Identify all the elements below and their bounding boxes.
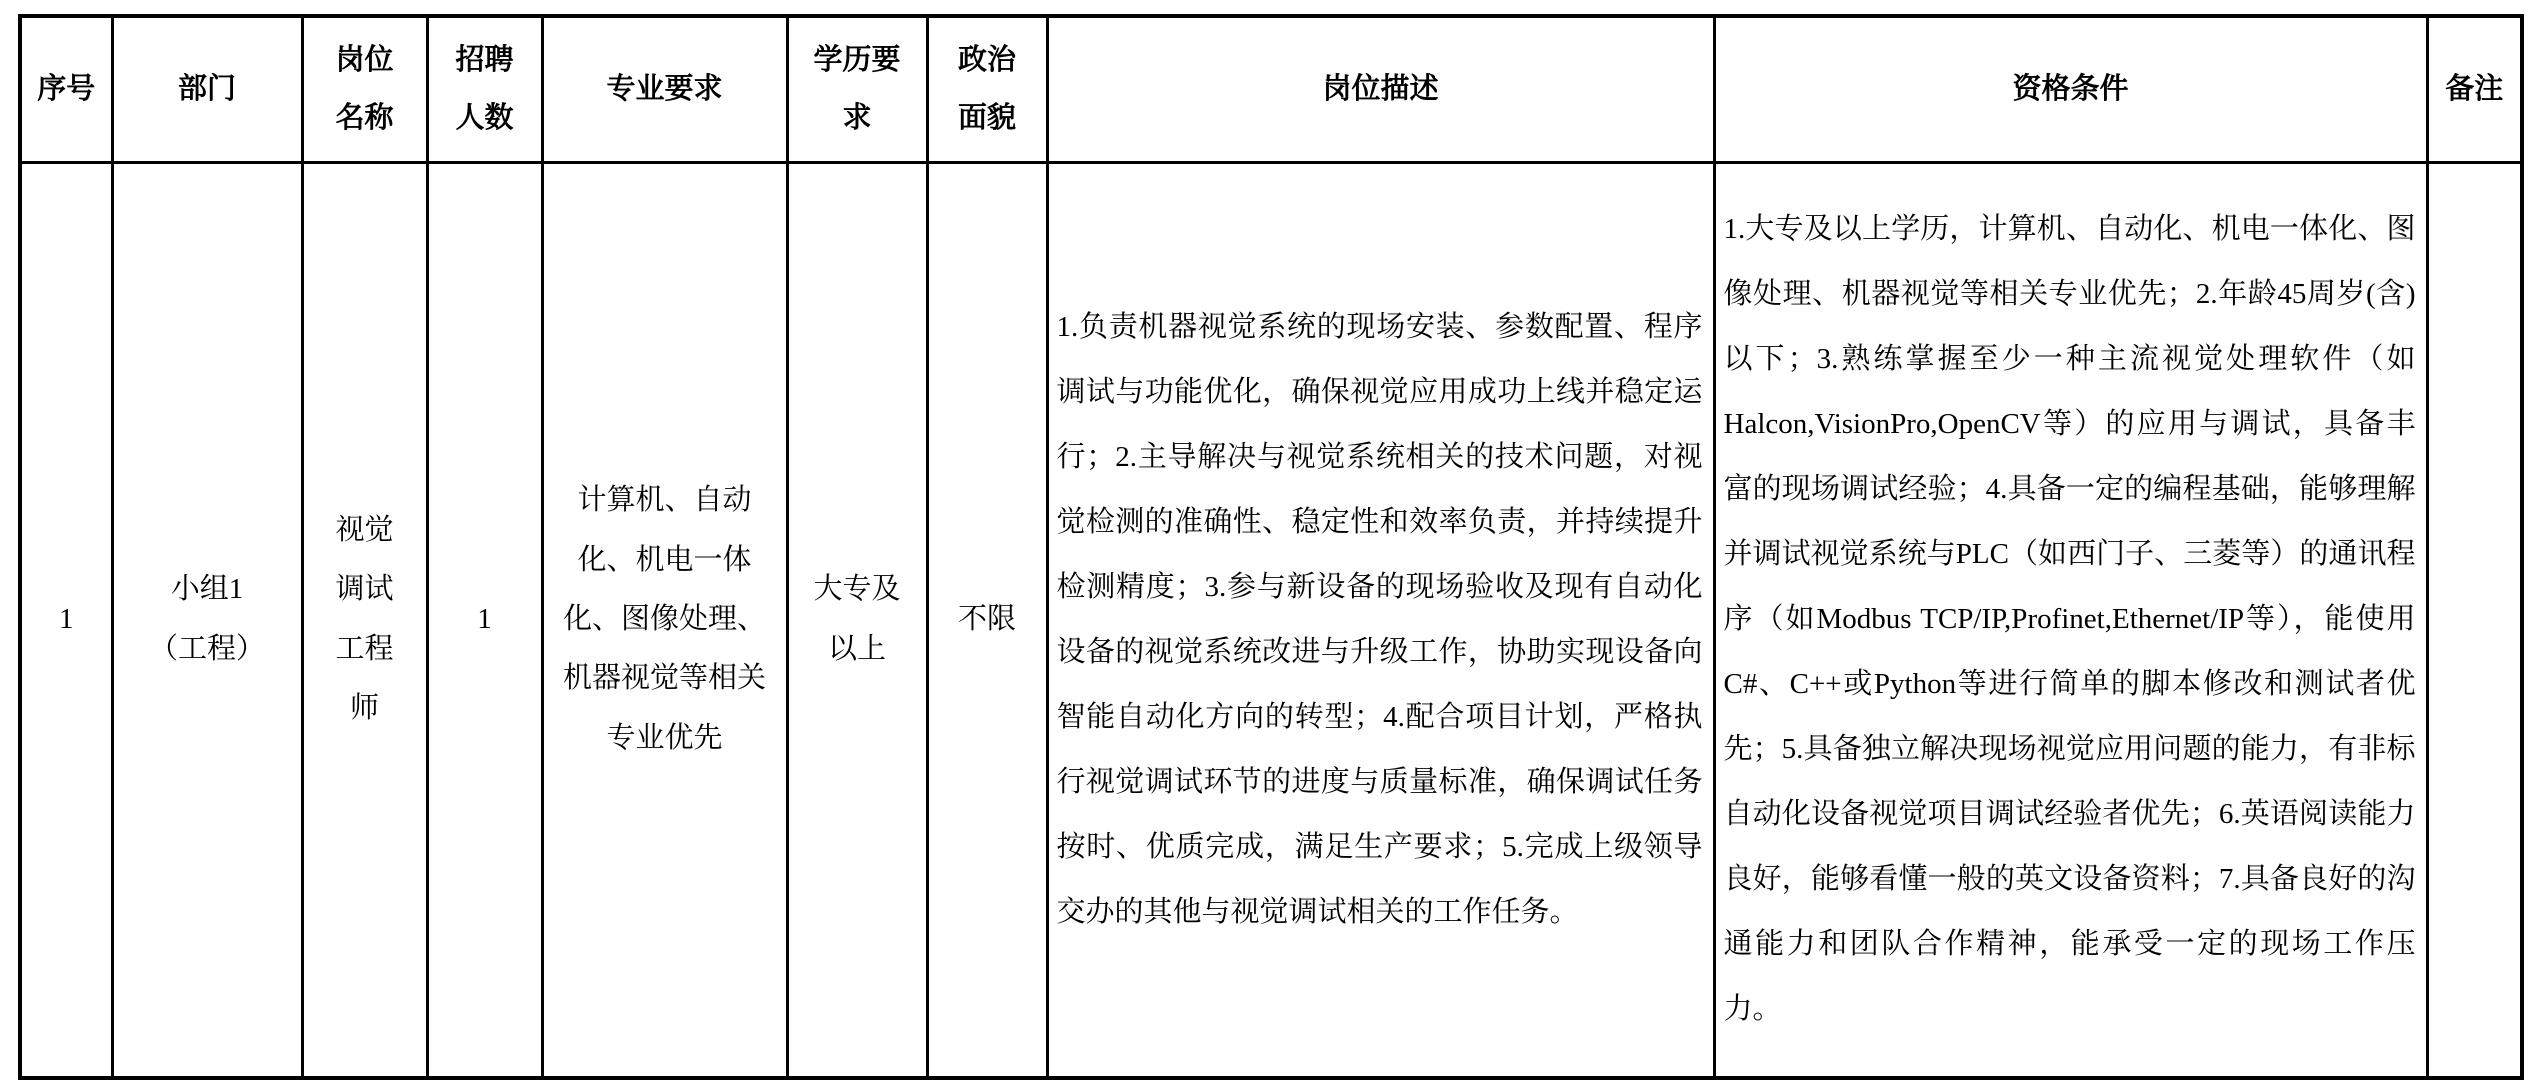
cell-remarks — [2427, 162, 2522, 1078]
header-row: 序号 部门 岗位 名称 招聘 人数 专业要求 学历要 求 政治 面貌 岗位描述 … — [20, 16, 2522, 162]
header-qualifications: 资格条件 — [1714, 16, 2427, 162]
cell-qualifications: 1.大专及以上学历，计算机、自动化、机电一体化、图像处理、机器视觉等相关专业优先… — [1714, 162, 2427, 1078]
cell-major-requirement: 计算机、自动 化、机电一体 化、图像处理、 机器视觉等相关 专业优先 — [542, 162, 787, 1078]
header-political-status: 政治 面貌 — [927, 16, 1047, 162]
cell-political-status: 不限 — [927, 162, 1047, 1078]
header-serial-number: 序号 — [20, 16, 112, 162]
header-recruit-count: 招聘 人数 — [427, 16, 542, 162]
cell-recruit-count: 1 — [427, 162, 542, 1078]
cell-education-requirement: 大专及 以上 — [787, 162, 927, 1078]
cell-job-description: 1.负责机器视觉系统的现场安装、参数配置、程序调试与功能优化，确保视觉应用成功上… — [1047, 162, 1714, 1078]
header-remarks: 备注 — [2427, 16, 2522, 162]
cell-serial-number: 1 — [20, 162, 112, 1078]
cell-position-name: 视觉 调试 工程 师 — [302, 162, 427, 1078]
recruitment-table: 序号 部门 岗位 名称 招聘 人数 专业要求 学历要 求 政治 面貌 岗位描述 … — [18, 14, 2524, 1080]
header-major-requirement: 专业要求 — [542, 16, 787, 162]
cell-department: 小组1 （工程） — [112, 162, 302, 1078]
recruitment-table-container: 序号 部门 岗位 名称 招聘 人数 专业要求 学历要 求 政治 面貌 岗位描述 … — [18, 14, 2524, 1080]
header-department: 部门 — [112, 16, 302, 162]
header-education-requirement: 学历要 求 — [787, 16, 927, 162]
header-job-description: 岗位描述 — [1047, 16, 1714, 162]
header-position-name: 岗位 名称 — [302, 16, 427, 162]
table-row: 1 小组1 （工程） 视觉 调试 工程 师 1 计算机、自动 化、机电一体 化、… — [20, 162, 2522, 1078]
